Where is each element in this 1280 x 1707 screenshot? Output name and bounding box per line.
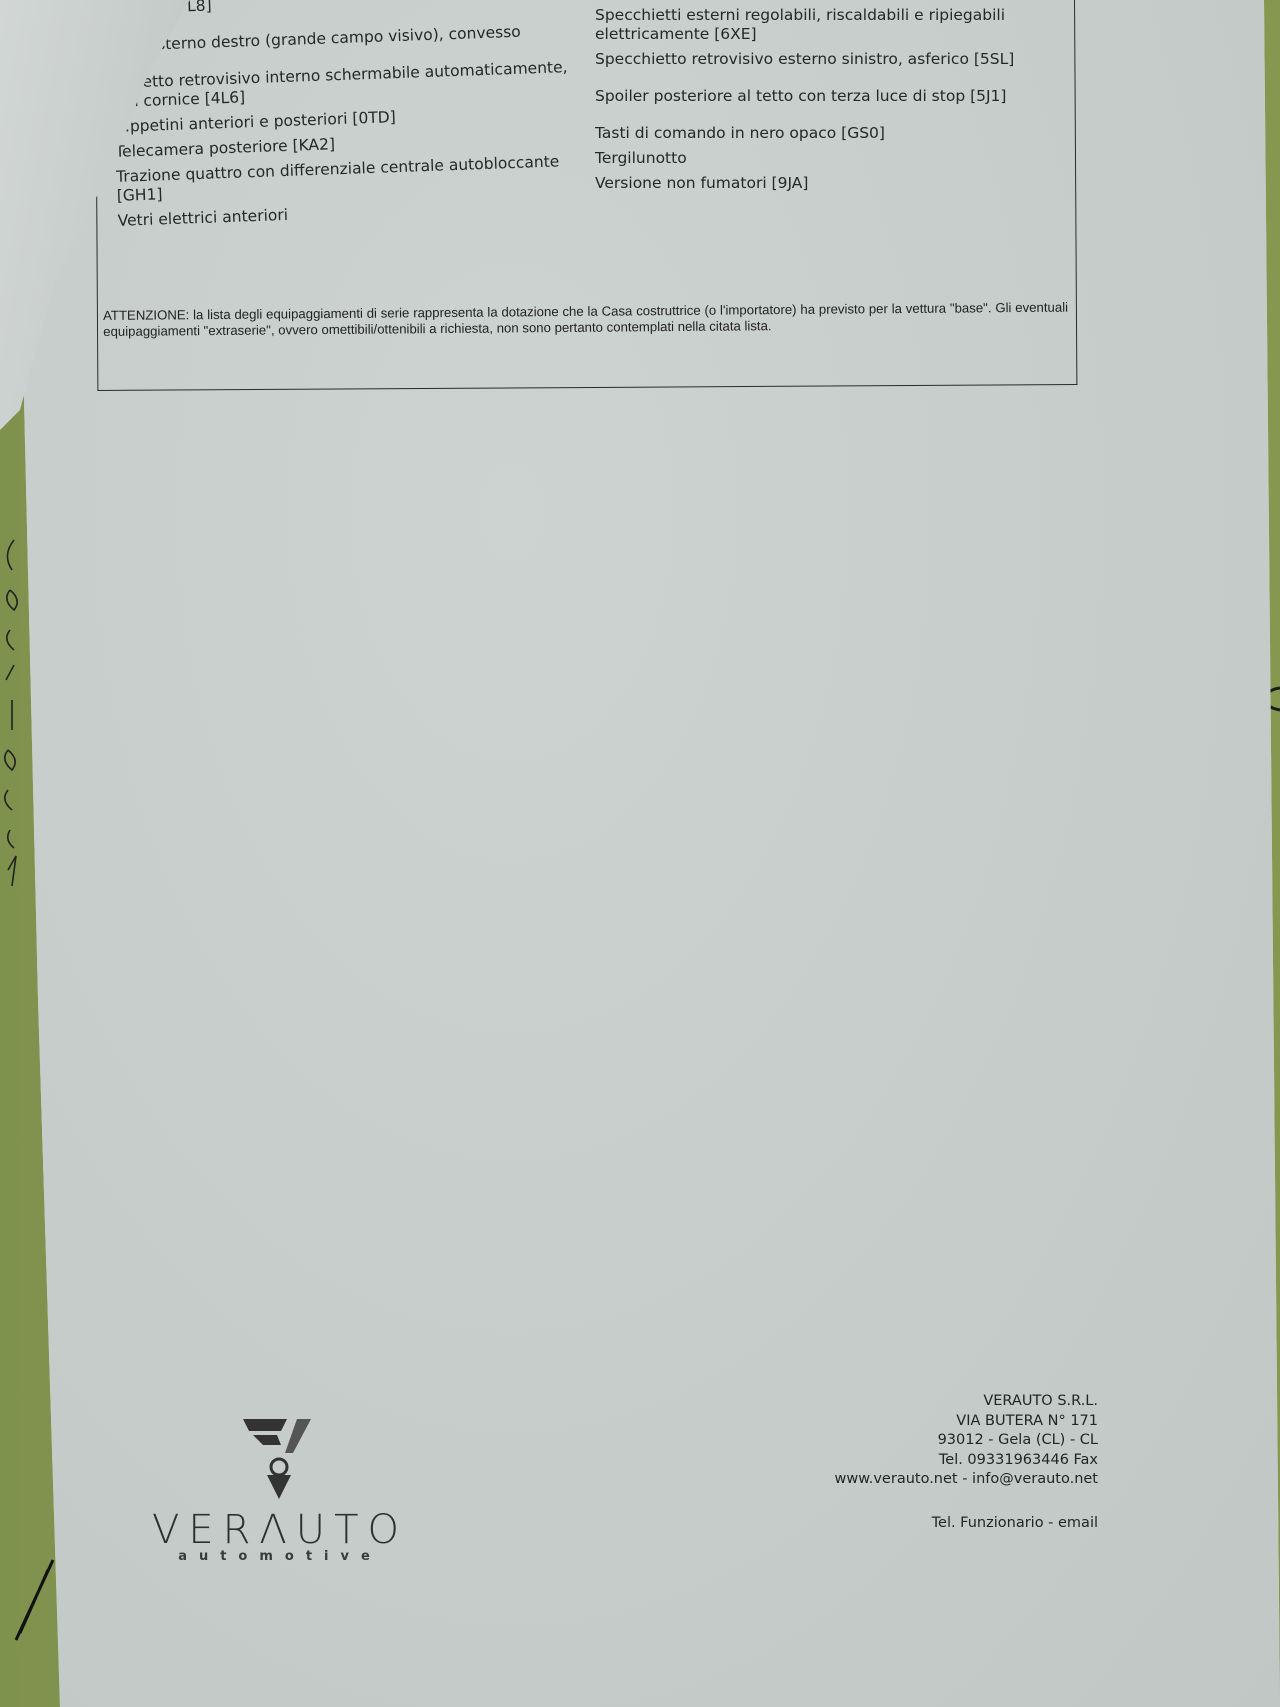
equipment-item: Versione non fumatori [9JA] [595, 174, 1015, 193]
handwriting-mark [0, 530, 20, 910]
equipment-left-column: …/Stop [7L8] …to esterno destro (grande … [110, 0, 588, 237]
equipment-right-column: Specchietti esterni regolabili, riscalda… [595, 6, 1015, 199]
company-contact: Tel. Funzionario - email [835, 1514, 1099, 1534]
company-info: VERAUTO S.R.L. VIA BUTERA N° 171 93012 -… [835, 1392, 1099, 1533]
car-location-pin-icon [235, 1415, 325, 1505]
company-name: VERAUTO S.R.L. [835, 1392, 1099, 1412]
company-logo: VERΛUTO automotive [130, 1415, 430, 1564]
equipment-item: Specchietto retrovisivo esterno sinistro… [595, 50, 1015, 69]
equipment-item: Specchietti esterni regolabili, riscalda… [595, 6, 1015, 44]
company-phone: Tel. 09331963446 Fax [835, 1451, 1099, 1471]
equipment-item: Tergilunotto [595, 149, 1015, 168]
pen-stroke-mark [8, 1555, 58, 1645]
company-city: 93012 - Gela (CL) - CL [835, 1431, 1099, 1451]
equipment-item: Tasti di comando in nero opaco [GS0] [595, 124, 1015, 143]
equipment-item: …to esterno destro (grande campo visivo)… [111, 21, 581, 56]
company-web-email: www.verauto.net - info@verauto.net [835, 1470, 1099, 1490]
equipment-item: Spoiler posteriore al tetto con terza lu… [595, 87, 1015, 106]
brand-name: VERΛUTO [130, 1507, 430, 1553]
company-address: VIA BUTERA N° 171 [835, 1412, 1099, 1432]
notice-label: ATTENZIONE: [103, 307, 189, 323]
